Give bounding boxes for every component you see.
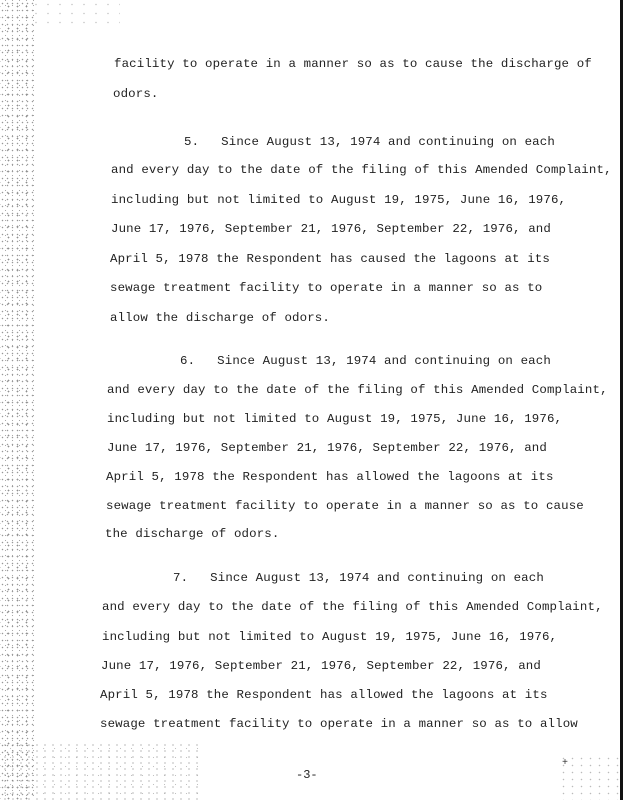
paragraph-5-first-line: 5.Since August 13, 1974 and continuing o… [184,135,555,149]
paragraph-7-line: and every day to the date of the filing … [102,600,603,614]
scan-speckle-bottom-left [0,740,200,800]
paragraph-5-line: June 17, 1976, September 21, 1976, Septe… [111,222,551,236]
paragraph-text: Since August 13, 1974 and continuing on … [221,135,555,149]
paragraph-6-line: and every day to the date of the filing … [107,383,608,397]
paragraph-6-line: April 5, 1978 the Respondent has allowed… [106,470,554,484]
paragraph-7-line: April 5, 1978 the Respondent has allowed… [100,688,548,702]
paragraph-5-line: allow the discharge of odors. [110,311,330,325]
paragraph-text: Since August 13, 1974 and continuing on … [210,571,544,585]
scan-speckle-top [30,0,120,28]
scan-speckle-left [0,0,34,800]
paragraph-6-line: the discharge of odors. [105,527,279,541]
paragraph-6-line: June 17, 1976, September 21, 1976, Septe… [107,441,547,455]
paragraph-text: Since August 13, 1974 and continuing on … [217,354,551,368]
continuation-line: odors. [113,87,159,101]
margin-mark: + [562,758,568,769]
continuation-line: facility to operate in a manner so as to… [114,57,592,71]
paragraph-5-line: April 5, 1978 the Respondent has caused … [110,252,550,266]
paragraph-number: 7. [173,571,188,585]
paragraph-7-line: including but not limited to August 19, … [102,630,557,644]
paragraph-number: 6. [180,354,195,368]
paragraph-number: 5. [184,135,199,149]
document-page: facility to operate in a manner so as to… [0,0,623,800]
paragraph-7-first-line: 7.Since August 13, 1974 and continuing o… [173,571,544,585]
paragraph-6-line: including but not limited to August 19, … [107,412,562,426]
page-number: -3- [296,768,318,782]
paragraph-5-line: including but not limited to August 19, … [111,193,566,207]
paragraph-7-line: June 17, 1976, September 21, 1976, Septe… [101,659,541,673]
paragraph-6-line: sewage treatment facility to operate in … [106,499,584,513]
paragraph-5-line: sewage treatment facility to operate in … [110,281,542,295]
paragraph-5-line: and every day to the date of the filing … [111,163,612,177]
paragraph-6-first-line: 6.Since August 13, 1974 and continuing o… [180,354,551,368]
paragraph-7-line: sewage treatment facility to operate in … [100,717,578,731]
